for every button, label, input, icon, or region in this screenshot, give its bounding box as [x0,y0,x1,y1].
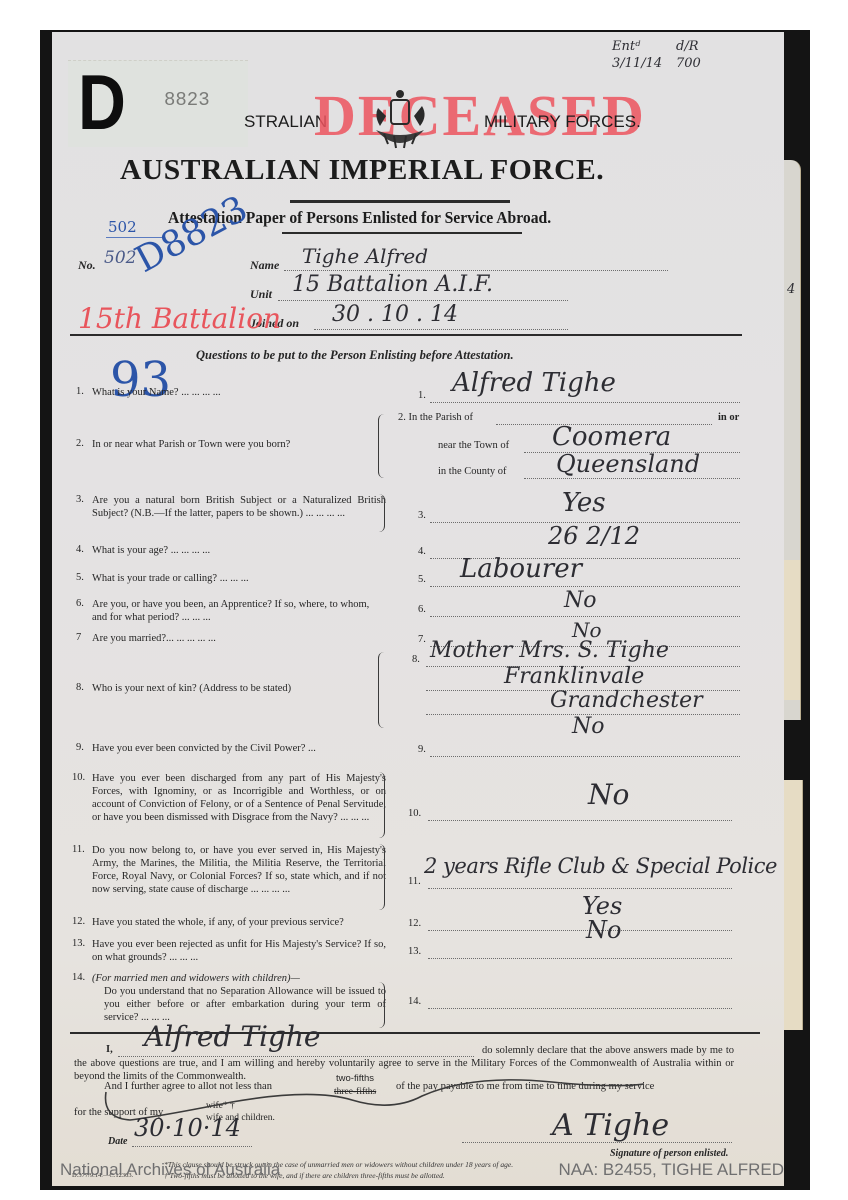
section-rule [70,334,742,336]
q3-text: Are you a natural born British Subject o… [92,494,386,520]
a5-value: Labourer [460,554,582,584]
q8-number: 8. [76,682,84,693]
blue-number-annotation: 93 [110,352,171,408]
date-label: Date [108,1136,127,1147]
archive-label: D 8823 [68,60,248,147]
name-value: Tighe Alfred [302,244,428,268]
coat-of-arms-icon [370,86,430,152]
county-line [524,478,740,479]
parish-label: 2. In the Parish of [398,412,473,423]
a3-value: Yes [562,488,606,518]
q8-text: Who is your next of kin? (Address to be … [92,682,392,695]
q12-text: Have you stated the whole, if any, of yo… [92,916,402,929]
watermark-right: NAA: B2455, TIGHE ALFRED [559,1160,785,1180]
brace [378,982,385,1028]
q13-text: Have you ever been rejected as unfit for… [92,938,386,964]
header-right: MILITARY FORCES. [484,112,641,132]
q9-number: 9. [76,742,84,753]
stamp-letter: D [78,59,126,145]
signature-label: Signature of person enlisted. [610,1148,728,1159]
paper-tab [784,780,803,1030]
brace [378,772,385,838]
a11-line [428,888,732,889]
a9-value: No [572,714,605,739]
a8-line-1-value: Mother Mrs. S. Tighe [430,638,669,663]
side-mark: 4 [787,282,795,297]
questions-header: Questions to be put to the Person Enlist… [196,348,514,363]
q9-text: Have you ever been convicted by the Civi… [92,742,392,755]
town-label: near the Town of [438,440,509,451]
brace [378,844,385,910]
a9-line [430,756,740,757]
joined-line [314,329,568,330]
number-annotation: 502 [108,218,137,236]
a6-line [430,616,740,617]
brace [378,414,391,478]
a11-value: 2 years Rifle Club & Special Police [424,854,777,878]
record-annotation: d/R 700 [676,38,716,72]
unit-label: Unit [250,287,272,302]
divider [290,200,510,203]
parish-suffix: in or [718,412,739,423]
no-label: No. [78,258,96,273]
a13-value: No [586,916,621,944]
q14-text: Do you understand that no Separation All… [104,985,386,1024]
q14-qualifier: (For married men and widowers with child… [92,972,392,985]
q10-text: Have you ever been discharged from any p… [92,772,386,824]
q14-number: 14. [72,972,85,983]
q10-number: 10. [72,772,85,783]
a1-line [430,402,740,403]
watermark-left: National Archives of Australia [60,1160,280,1180]
signature: A Tighe [552,1108,669,1143]
a6-value: No [564,588,597,613]
date-line [132,1146,252,1147]
a8-line-2-value: Franklinvale [504,664,644,689]
paper-tab [784,560,801,700]
q7-text: Are you married?... ... ... ... ... [92,632,392,645]
a5-line [430,586,740,587]
entry-annotation: Entᵈ 3/11/14 [612,38,672,72]
unit-line [278,300,568,301]
q13-number: 13. [72,938,85,949]
q5-text: What is your trade or calling? ... ... .… [92,572,392,585]
q11-number: 11. [72,844,85,855]
a4-value: 26 2/12 [548,522,640,550]
a1-value: Alfred Tighe [452,368,616,398]
q6-number: 6. [76,598,84,609]
name-label: Name [250,258,279,273]
a12-line [428,930,732,931]
q1-text: What is your Name? ... ... ... ... [92,386,392,399]
q11-text: Do you now belong to, or have you ever s… [92,844,386,896]
unit-value: 15 Battalion A.I.F. [292,272,493,297]
joined-value: 30 . 10 . 14 [332,302,458,327]
main-title: AUSTRALIAN IMPERIAL FORCE. [120,154,604,187]
a10-line [428,820,732,821]
brace [378,652,391,728]
q2-text: In or near what Parish or Town were you … [92,438,392,451]
battalion-annotation: 15th Battalion [78,302,281,335]
q5-number: 5. [76,572,84,583]
q4-text: What is your age? ... ... ... ... [92,544,392,557]
a10-value: No [588,778,629,811]
attestation-paper: D 8823 Entᵈ 3/11/14 d/R 700 STRALIAN DEC… [52,32,784,1186]
town-value: Coomera [552,422,671,452]
q2-number: 2. [76,438,84,449]
q6-text: Are you, or have you been, an Apprentice… [92,598,382,624]
q7-number: 7 [76,632,81,643]
county-value: Queensland [556,450,700,478]
brace [378,494,385,532]
stamp-number: 8823 [164,89,210,111]
date-value: 30·10·14 [134,1114,241,1142]
a14-line [428,1008,732,1009]
q1-number: 1. [76,386,84,397]
county-label: in the County of [438,466,507,477]
q12-number: 12. [72,916,85,927]
q3-number: 3. [76,494,84,505]
d-number-annotation: D8823 [129,188,255,281]
name-line [284,270,668,271]
a13-line [428,958,732,959]
a8-line-3-value: Grandchester [550,688,703,713]
q4-number: 4. [76,544,84,555]
divider [282,232,522,234]
